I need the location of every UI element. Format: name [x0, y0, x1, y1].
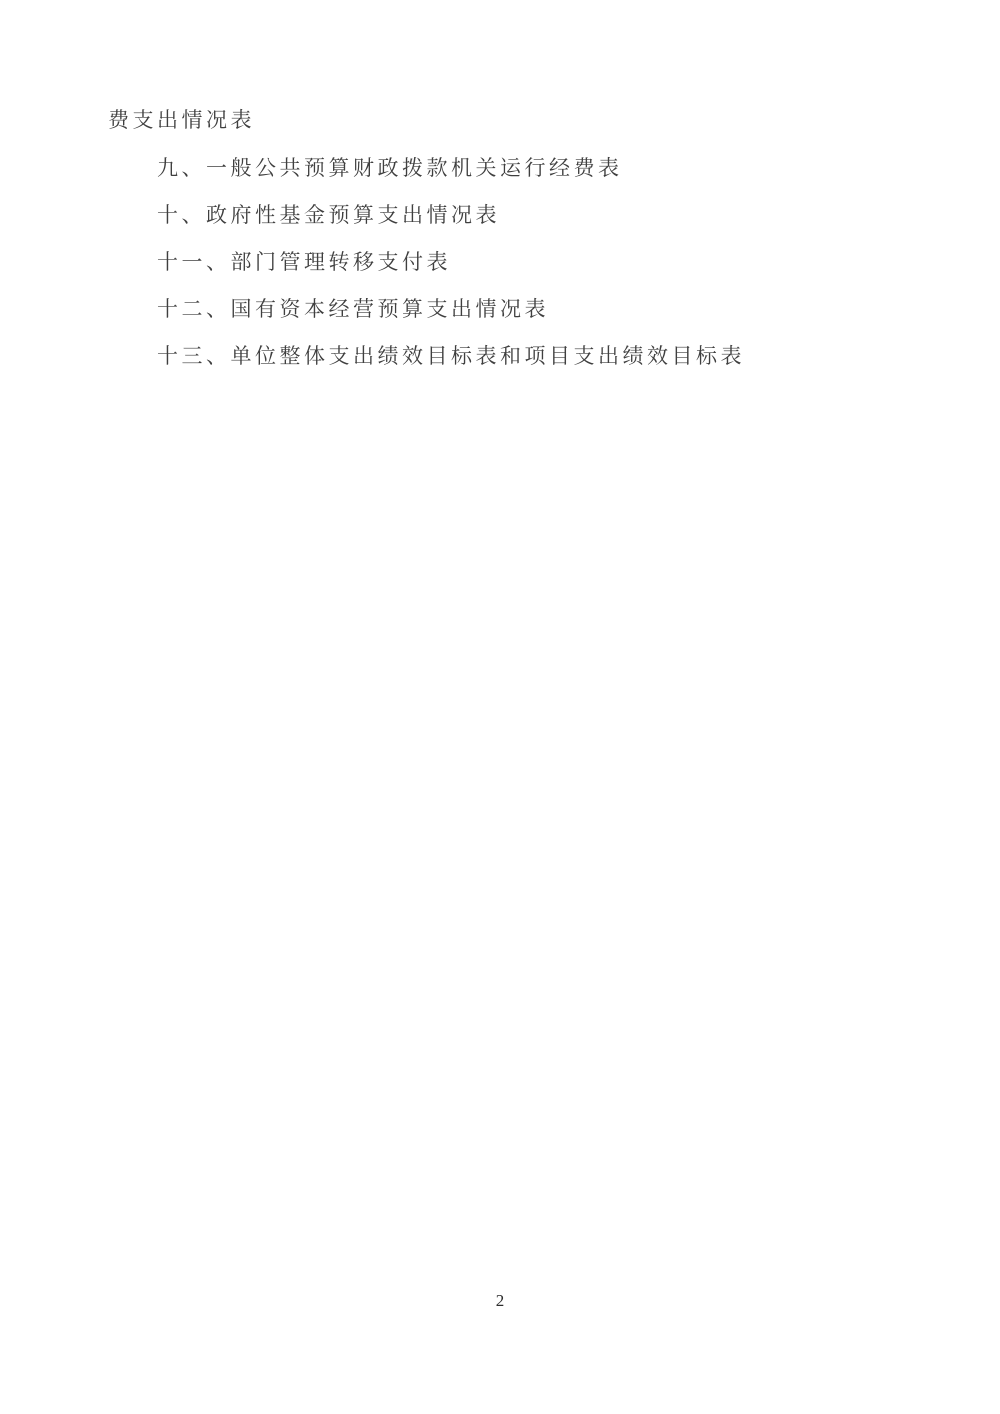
toc-item: 十、政府性基金预算支出情况表	[157, 203, 900, 228]
toc-item: 九、一般公共预算财政拨款机关运行经费表	[157, 156, 900, 181]
toc-item: 十三、单位整体支出绩效目标表和项目支出绩效目标表	[157, 344, 900, 369]
page-number: 2	[0, 1291, 1000, 1311]
document-body: 费支出情况表 九、一般公共预算财政拨款机关运行经费表 十、政府性基金预算支出情况…	[108, 108, 900, 391]
toc-continuation-line: 费支出情况表	[108, 108, 900, 133]
toc-item: 十一、部门管理转移支付表	[157, 250, 900, 275]
document-page: 费支出情况表 九、一般公共预算财政拨款机关运行经费表 十、政府性基金预算支出情况…	[0, 0, 1000, 1414]
toc-item: 十二、国有资本经营预算支出情况表	[157, 297, 900, 322]
